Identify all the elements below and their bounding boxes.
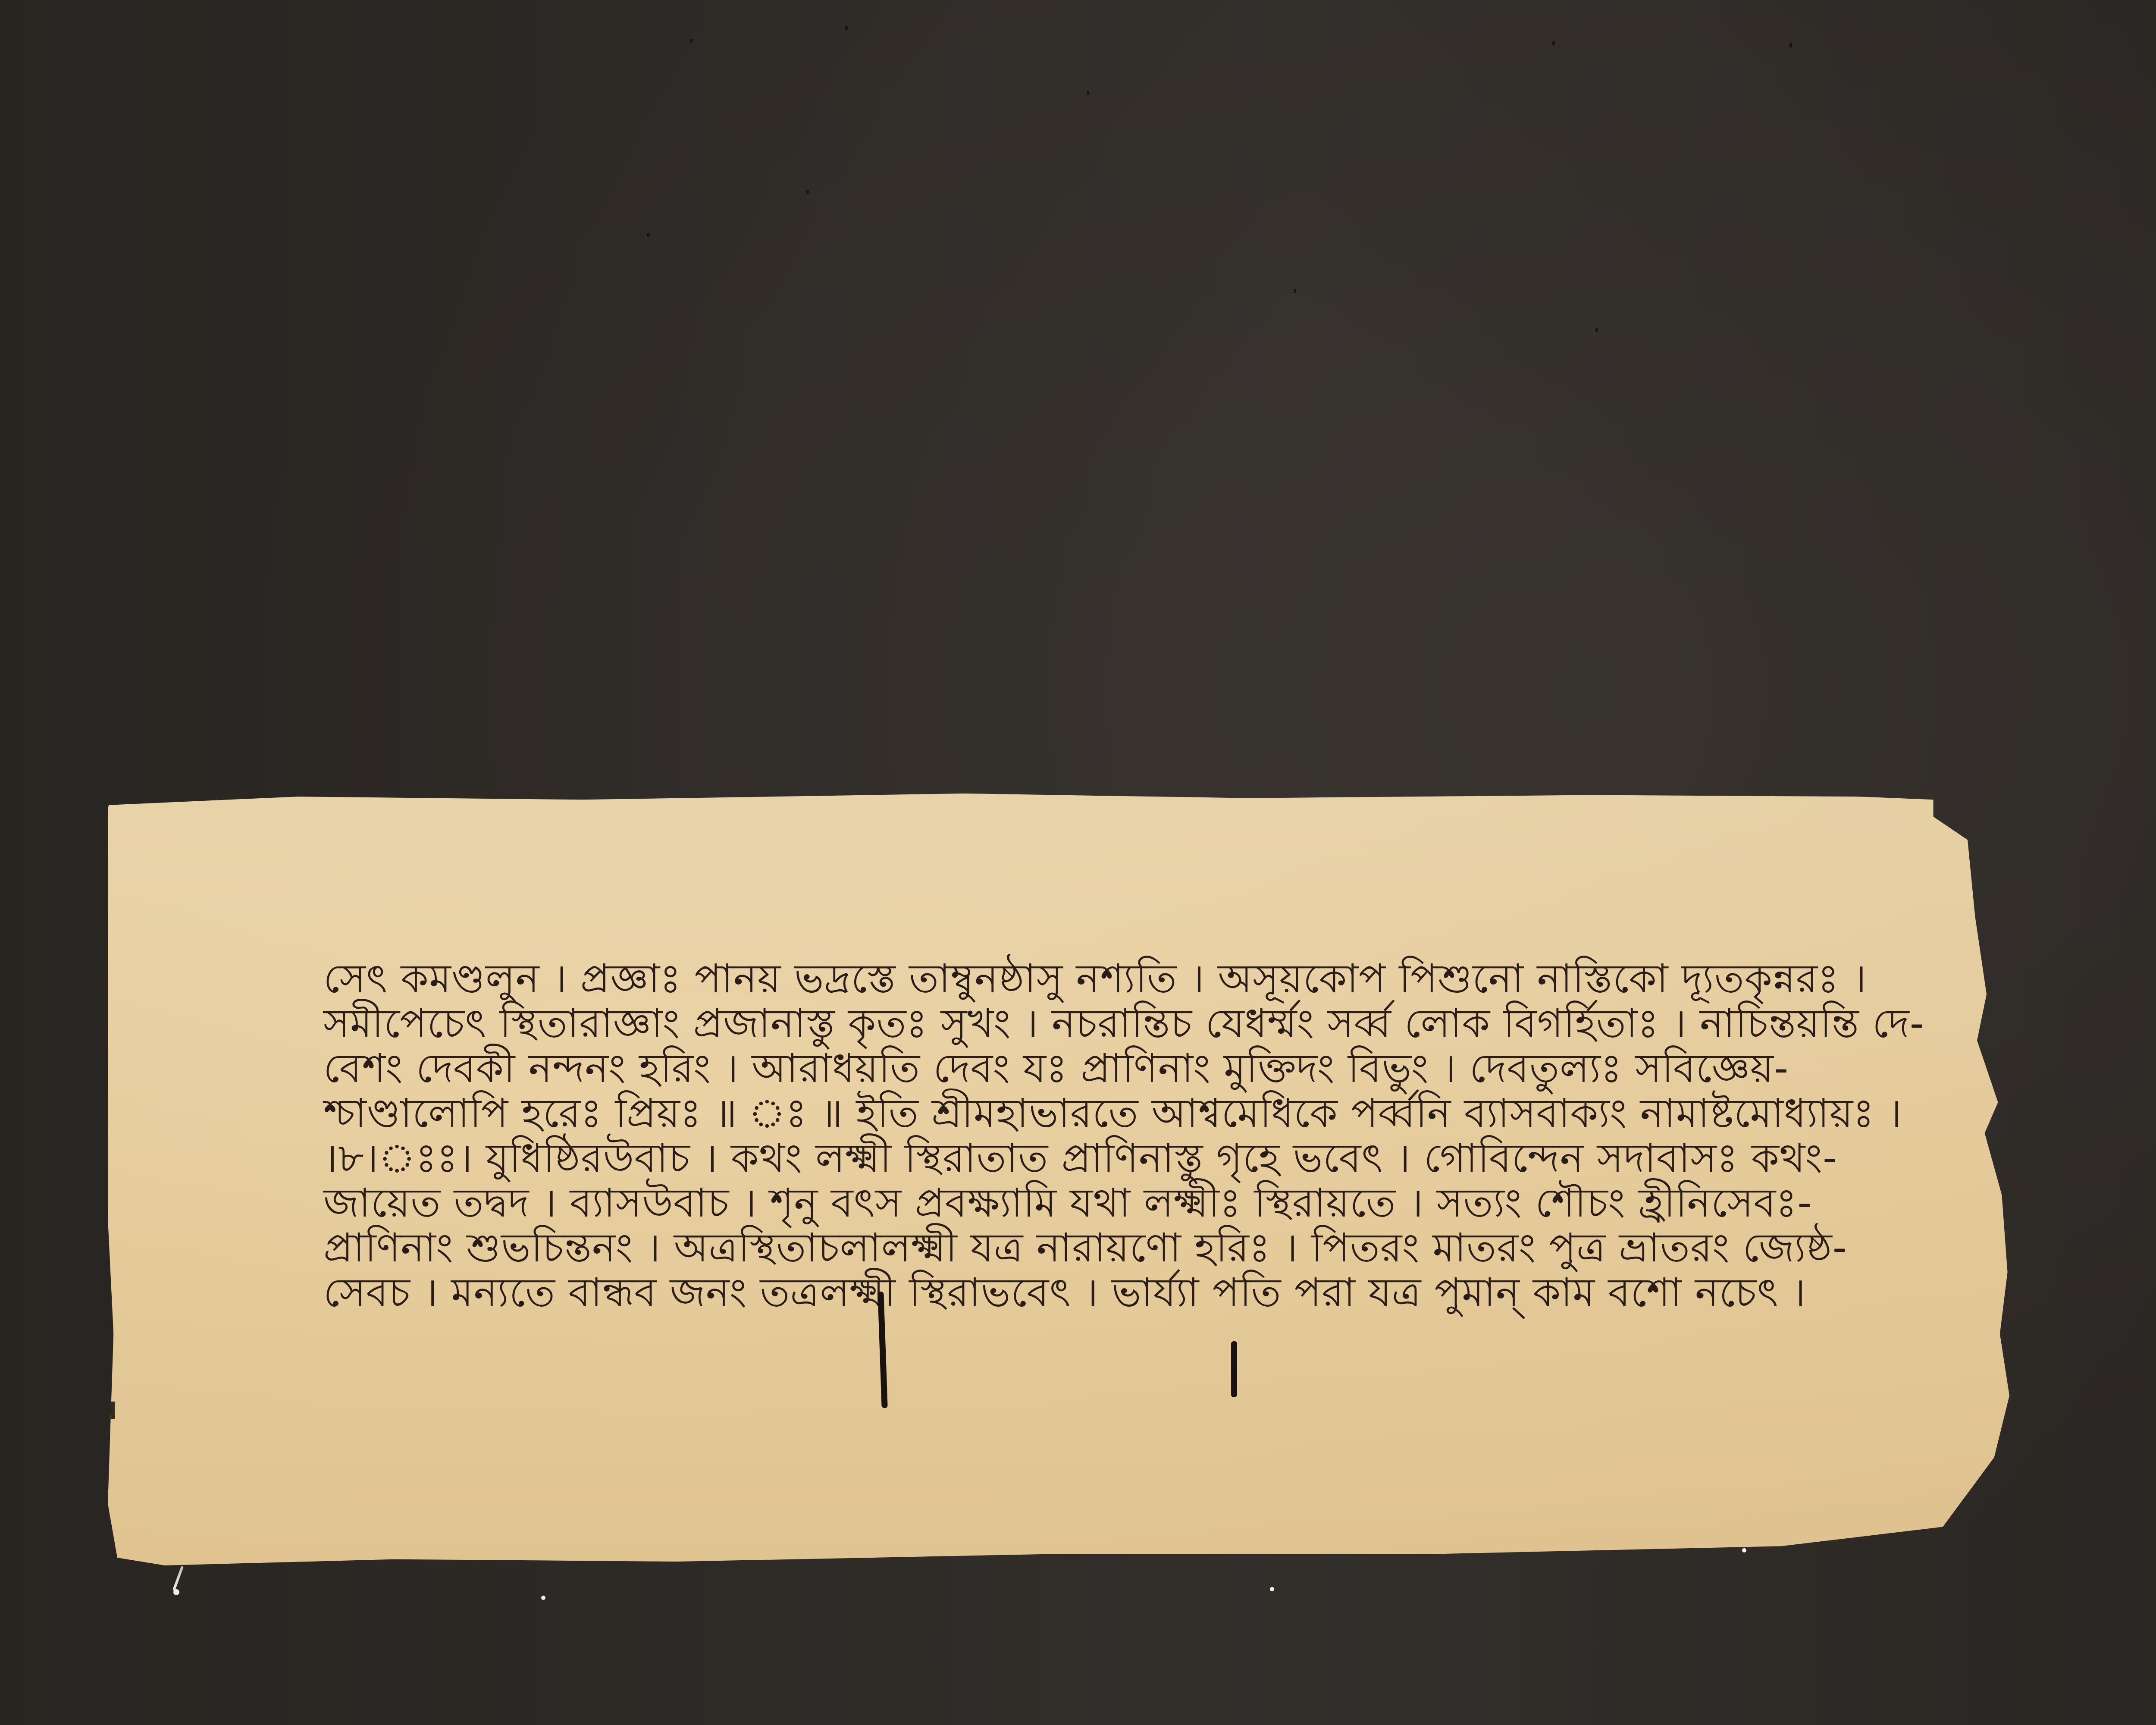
mounting-pin-head — [1742, 1548, 1746, 1552]
board-speck — [647, 233, 649, 237]
manuscript-line-6: জায়েত তদ্বদ । ব্যাসউবাচ । শৃনু বৎস প্রব… — [323, 1182, 1962, 1225]
board-speck — [1087, 91, 1089, 95]
board-speck — [1294, 289, 1296, 293]
board-speck — [806, 190, 809, 194]
manuscript-line-3: বেশং দেবকী নন্দনং হরিং । আরাধয়তি দেবং য… — [323, 1047, 1962, 1090]
manuscript-text: সেৎ কমণ্ডলুন । প্রজ্ঞাঃ পানয় ভদ্রস্তে ত… — [323, 957, 1962, 1316]
manuscript-line-1: সেৎ কমণ্ডলুন । প্রজ্ঞাঃ পানয় ভদ্রস্তে ত… — [323, 957, 1962, 1000]
board-speck — [1552, 41, 1555, 45]
board-speck — [1595, 328, 1598, 332]
manuscript-line-5: ।৮।ঃঃ। যুধিষ্ঠিরউবাচ । কথং লক্ষ্মী স্থির… — [323, 1137, 1962, 1180]
manuscript-leaf: সেৎ কমণ্ডলুন । প্রজ্ঞাঃ পানয় ভদ্রস্তে ত… — [108, 793, 2009, 1565]
board-speck — [1789, 43, 1792, 47]
board-speck — [845, 26, 848, 30]
ink-stroke-mark — [1231, 1341, 1237, 1397]
mounting-pin-head — [541, 1596, 545, 1600]
mounting-pin-head — [173, 1589, 179, 1595]
manuscript-line-7: প্রাণিনাং শুভচিন্তনং । অত্রস্থিতাচলালক্ষ… — [323, 1226, 1962, 1270]
manuscript-line-8: সেবচ । মন্যতে বান্ধব জনং তত্রলক্ষ্মী স্থ… — [323, 1271, 1962, 1314]
manuscript-line-4: শ্চাণ্ডালোপি হরেঃ প্রিয়ঃ ॥ ঃ ॥ ইতি শ্রী… — [323, 1092, 1962, 1135]
manuscript-line-2: সমীপেচেৎ স্থিতারাজ্ঞাং প্রজানাস্তু কৃতঃ … — [323, 1002, 1962, 1045]
mounting-pin-head — [1270, 1587, 1274, 1591]
board-speck — [690, 39, 693, 43]
